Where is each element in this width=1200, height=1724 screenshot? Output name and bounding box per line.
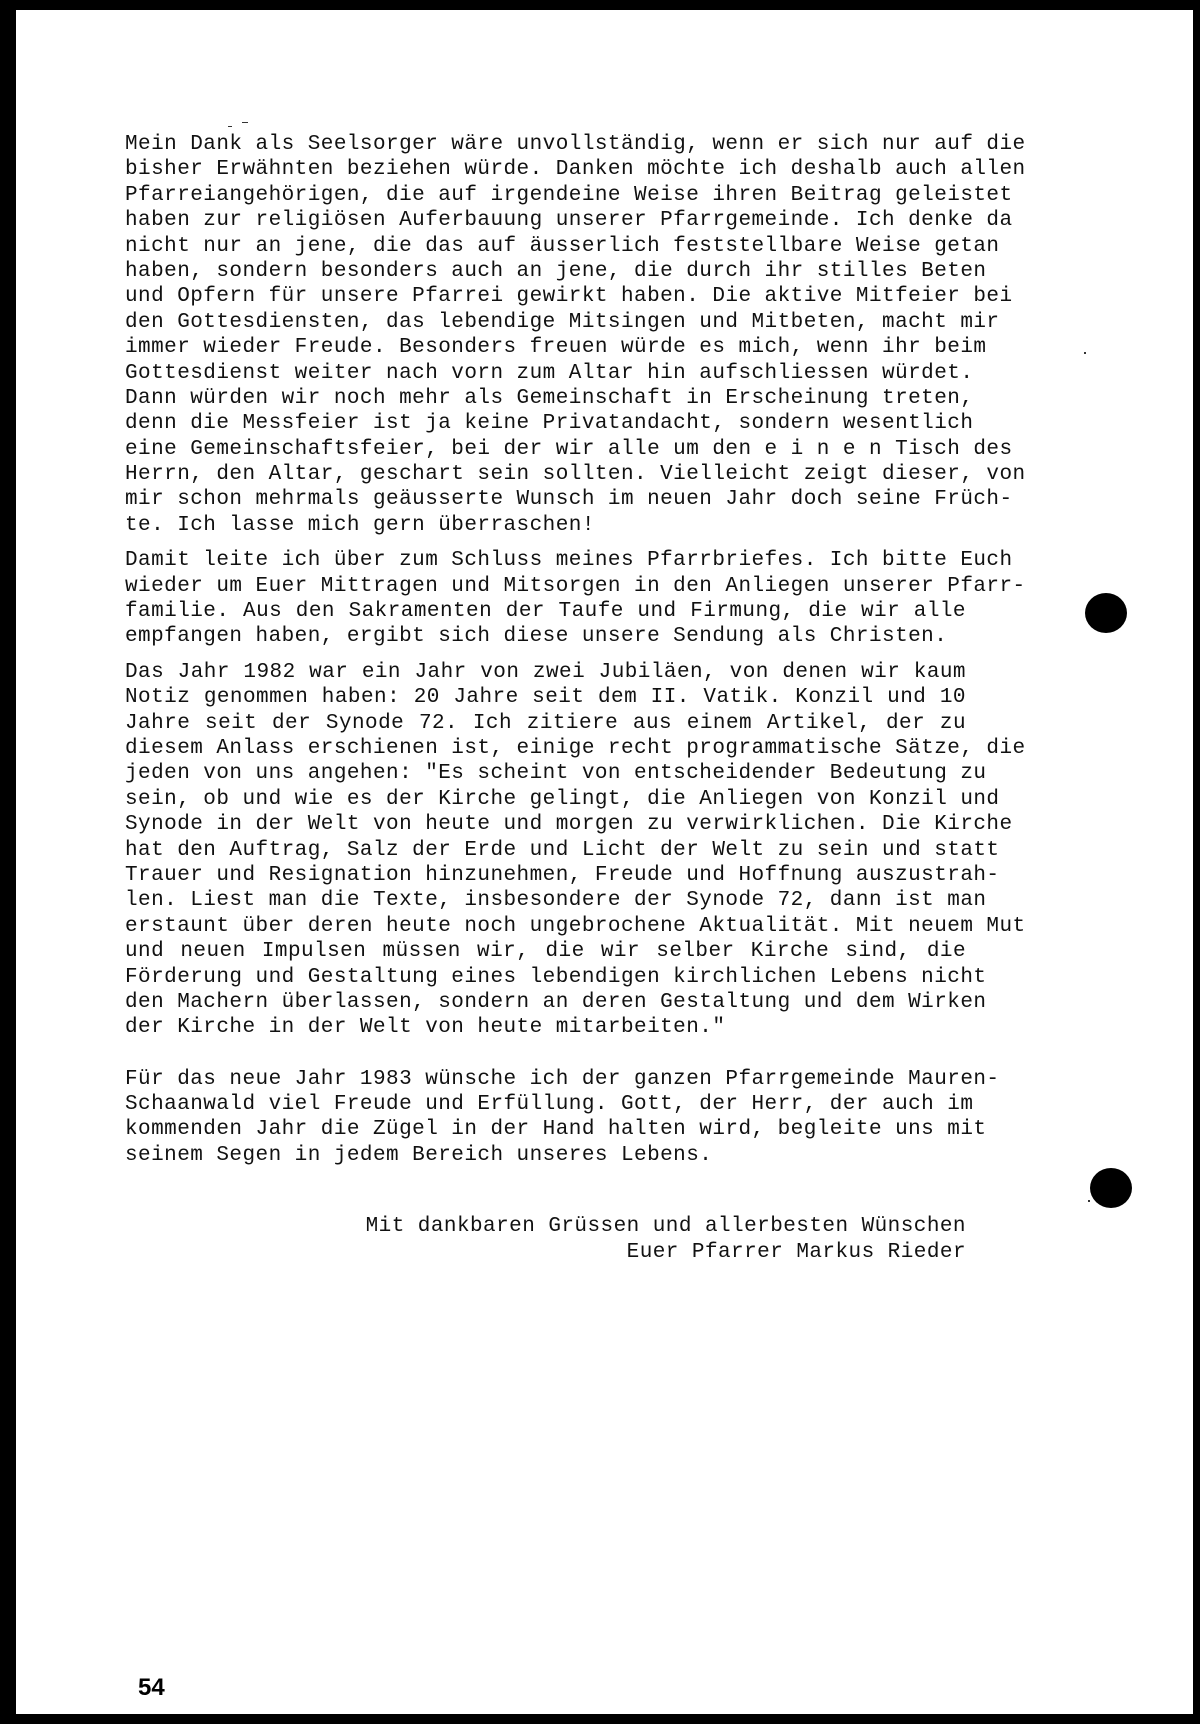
paragraph-closing-request: Damit leite ich über zum Schluss meines … — [125, 548, 966, 650]
text-line: denn die Messfeier ist ja keine Privatan… — [125, 411, 966, 436]
text-line: Notiz genommen haben: 20 Jahre seit dem … — [125, 685, 966, 710]
text-line: sein, ob und wie es der Kirche gelingt, … — [125, 787, 966, 812]
paragraph-new-year-wishes: Für das neue Jahr 1983 wünsche ich der g… — [125, 1067, 966, 1169]
text-line: Mein Dank als Seelsorger wäre unvollstän… — [125, 132, 966, 157]
text-line: Pfarreiangehörigen, die auf irgendeine W… — [125, 183, 966, 208]
text-line: te. Ich lasse mich gern überraschen! — [125, 513, 966, 538]
scanned-page: Mein Dank als Seelsorger wäre unvollstän… — [16, 10, 1196, 1714]
scan-speck — [228, 126, 232, 127]
scan-speck — [1084, 352, 1086, 354]
text-line: jeden von uns angehen: "Es scheint von e… — [125, 761, 966, 786]
text-line: Jahre seit der Synode 72. Ich zitiere au… — [125, 711, 966, 736]
text-line: wieder um Euer Mittragen und Mitsorgen i… — [125, 574, 966, 599]
scan-speck — [1088, 1200, 1090, 1202]
text-line: diesem Anlass erschienen ist, einige rec… — [125, 736, 966, 761]
text-line: Förderung und Gestaltung eines lebendige… — [125, 965, 966, 990]
text-line: hat den Auftrag, Salz der Erde und Licht… — [125, 838, 966, 863]
text-line: eine Gemeinschaftsfeier, bei der wir all… — [125, 437, 966, 462]
letter-body: Mein Dank als Seelsorger wäre unvollstän… — [125, 132, 966, 1265]
text-line: len. Liest man die Texte, insbesondere d… — [125, 888, 966, 913]
text-line: familie. Aus den Sakramenten der Taufe u… — [125, 599, 966, 624]
text-line: Für das neue Jahr 1983 wünsche ich der g… — [125, 1067, 966, 1092]
text-line: Herrn, den Altar, geschart sein sollten.… — [125, 462, 966, 487]
text-line: nicht nur an jene, die das auf äusserlic… — [125, 234, 966, 259]
text-line: und Opfern für unsere Pfarrei gewirkt ha… — [125, 284, 966, 309]
paragraph-thanks: Mein Dank als Seelsorger wäre unvollstän… — [125, 132, 966, 538]
punch-hole-mark — [1090, 1168, 1132, 1208]
text-line: seinem Segen in jedem Bereich unseres Le… — [125, 1143, 966, 1168]
text-line: haben, sondern besonders auch an jene, d… — [125, 259, 966, 284]
signature: Euer Pfarrer Markus Rieder — [125, 1240, 966, 1265]
text-line: den Machern überlassen, sondern an deren… — [125, 990, 966, 1015]
text-line: kommenden Jahr die Zügel in der Hand hal… — [125, 1117, 966, 1142]
closing-greeting: Mit dankbaren Grüssen und allerbesten Wü… — [125, 1214, 966, 1239]
text-line: den Gottesdiensten, das lebendige Mitsin… — [125, 310, 966, 335]
text-line: immer wieder Freude. Besonders freuen wü… — [125, 335, 966, 360]
text-line: und neuen Impulsen müssen wir, die wir s… — [125, 939, 966, 964]
text-line: erstaunt über deren heute noch ungebroch… — [125, 914, 966, 939]
text-line: empfangen haben, ergibt sich diese unser… — [125, 624, 966, 649]
text-line: Synode in der Welt von heute und morgen … — [125, 812, 966, 837]
punch-hole-mark — [1085, 593, 1127, 633]
text-line: Dann würden wir noch mehr als Gemeinscha… — [125, 386, 966, 411]
text-line: mir schon mehrmals geäusserte Wunsch im … — [125, 487, 966, 512]
scan-speck — [242, 122, 248, 123]
text-line: Trauer und Resignation hinzunehmen, Freu… — [125, 863, 966, 888]
text-line: der Kirche in der Welt von heute mitarbe… — [125, 1015, 966, 1040]
text-line: Damit leite ich über zum Schluss meines … — [125, 548, 966, 573]
text-line: Schaanwald viel Freude und Erfüllung. Go… — [125, 1092, 966, 1117]
letter-closing: Mit dankbaren Grüssen und allerbesten Wü… — [125, 1214, 966, 1265]
paragraph-jubilees-quote: Das Jahr 1982 war ein Jahr von zwei Jubi… — [125, 660, 966, 1041]
text-line: haben zur religiösen Auferbauung unserer… — [125, 208, 966, 233]
text-line: Gottesdienst weiter nach vorn zum Altar … — [125, 361, 966, 386]
text-line: bisher Erwähnten beziehen würde. Danken … — [125, 157, 966, 182]
page-number: 54 — [138, 1674, 165, 1702]
text-line: Das Jahr 1982 war ein Jahr von zwei Jubi… — [125, 660, 966, 685]
